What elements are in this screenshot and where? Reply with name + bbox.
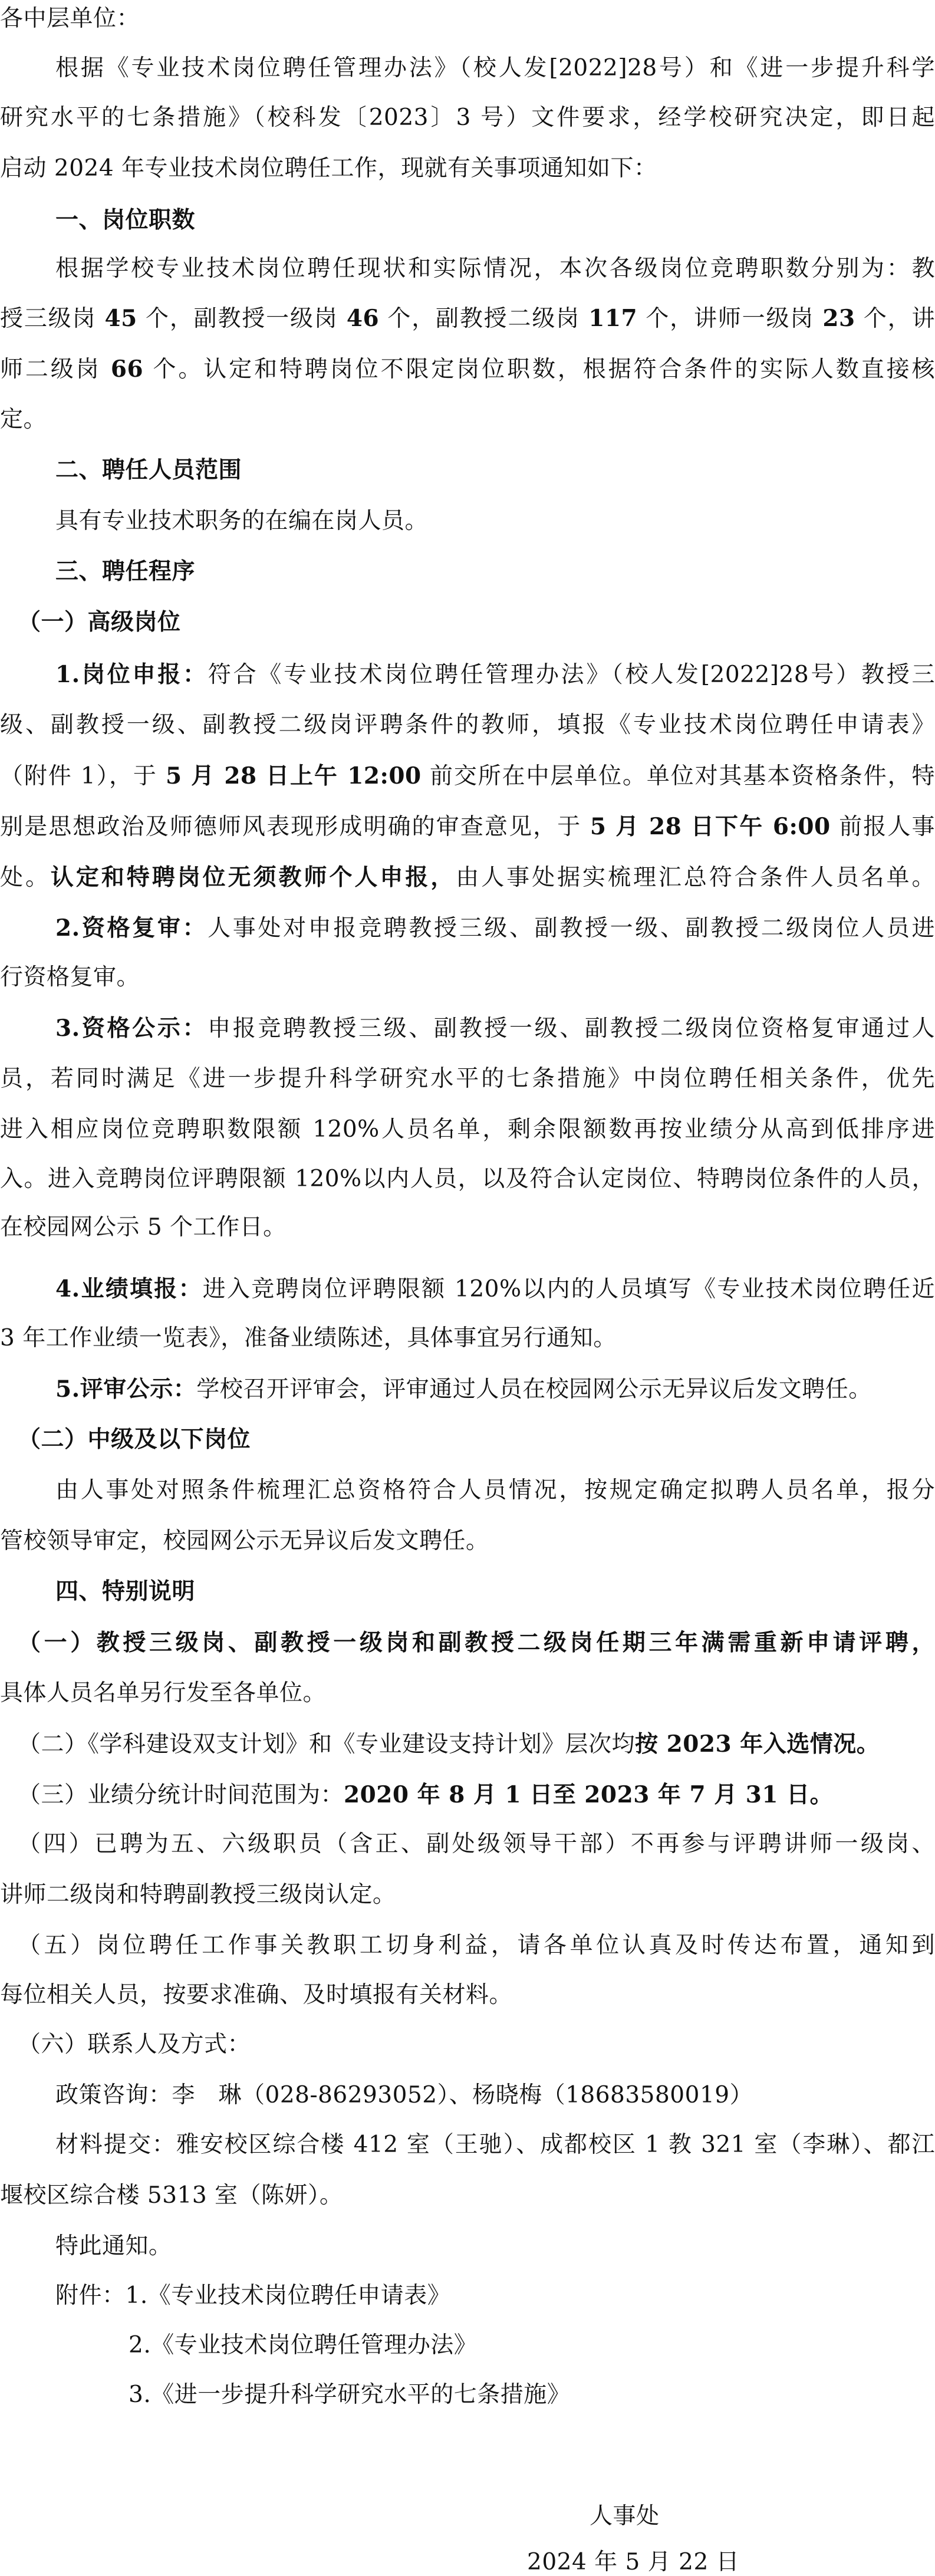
item4-line-2: 3 年工作业绩一览表》，准备业绩陈述，具体事宜另行通知。 [0,1322,935,1355]
deadline-unit: 5 月 28 日上午 12:00 [166,762,422,789]
item5-line-1: 5.评审公示：学校召开评审会，评审通过人员在校园网公示无异议后发文聘任。 [0,1373,935,1406]
contact-policy: 政策咨询：李 琳（028-86293052）、杨晓梅（18683580019） [0,2079,935,2112]
intro-line-2: 研究水平的七条措施》（校科发〔2023〕3 号）文件要求，经学校研究决定，即日起 [0,101,935,134]
salutation: 各中层单位： [0,2,935,35]
performance-period: 2020 年 8 月 1 日至 2023 年 7 月 31 日。 [344,1781,833,1808]
signature-date: 2024 年 5 月 22 日 [0,2546,935,2576]
section-heading-1: 一、岗位职数 [0,204,935,237]
deadline-hr: 5 月 28 日下午 6:00 [590,813,831,840]
attachment-1: 附件：1.《专业技术岗位聘任申请表》 [0,2279,935,2312]
note5-line-2: 每位相关人员，按要求准确、及时填报有关材料。 [0,1979,935,2012]
item3-line-5: 在校园网公示 5 个工作日。 [0,1211,935,1244]
attachment-2: 2.《专业技术岗位聘任管理办法》 [0,2329,935,2362]
intro-line-1: 根据《专业技术岗位聘任管理办法》（校人发[2022]28号）和《进一步提升科学 [0,52,935,85]
contact-materials-line-2: 堰校区综合楼 5313 室（陈妍）。 [0,2179,935,2212]
s1-line-2: 授三级岗 45 个，副教授一级岗 46 个，副教授二级岗 117 个，讲师一级岗… [0,302,935,335]
section-heading-3: 三、聘任程序 [0,555,935,588]
item1-line-1: 1.岗位申报：符合《专业技术岗位聘任管理办法》（校人发[2022]28号）教授三 [0,658,935,692]
contact-materials-line-1: 材料提交：雅安校区综合楼 412 室（王驰）、成都校区 1 教 321 室（李琳… [0,2128,935,2162]
item3-line-4: 入。进入竞聘岗位评聘限额 120%以内人员，以及符合认定岗位、特聘岗位条件的人员… [0,1163,935,1196]
note1-line-2: 具体人员名单另行发至各单位。 [0,1677,935,1710]
quota-lect-2: 66 [111,356,143,383]
note5-line-1: （五）岗位聘任工作事关教职工切身利益，请各单位认真及时传达布置，通知到 [0,1929,935,1962]
sub2-line-2: 管校领导审定，校园网公示无异议后发文聘任。 [0,1525,935,1558]
item1-line-2: 级、副教授一级、副教授二级岗评聘条件的教师，填报《专业技术岗位聘任申请表》 [0,709,935,742]
item1-line-3: （附件 1），于 5 月 28 日上午 12:00 前交所在中层单位。单位对其基… [0,759,935,793]
intro-line-3: 启动 2024 年专业技术岗位聘任工作，现就有关事项通知如下： [0,152,935,185]
quota-prof-3: 45 [105,305,137,332]
subsection-heading-senior: （一）高级岗位 [0,606,935,639]
s1-line-4: 定。 [0,403,935,436]
attachment-3: 3.《进一步提升科学研究水平的七条措施》 [0,2378,935,2411]
note1-line-1: （一）教授三级岗、副教授一级岗和副教授二级岗任期三年满需重新申请评聘， [0,1626,935,1659]
note4-line-2: 讲师二级岗和特聘副教授三级岗认定。 [0,1878,935,1912]
s2-line-1: 具有专业技术职务的在编在岗人员。 [0,505,935,538]
sub2-line-1: 由人事处对照条件梳理汇总资格符合人员情况，按规定确定拟聘人员名单，报分 [0,1474,935,1507]
quota-assoc-1: 46 [347,305,379,332]
s1-line-1: 根据学校专业技术岗位聘任现状和实际情况，本次各级岗位竞聘职数分别为：教 [0,252,935,285]
section-heading-2: 二、聘任人员范围 [0,454,935,487]
item1-line-4: 别是思想政治及师德师风表现形成明确的审查意见，于 5 月 28 日下午 6:00… [0,810,935,844]
note2: （二）《学科建设双支计划》和《专业建设支持计划》层次均按 2023 年入选情况。 [0,1728,935,1761]
item3-line-2: 员，若同时满足《进一步提升科学研究水平的七条措施》中岗位聘任相关条件，优先 [0,1062,935,1095]
item3-line-1: 3.资格公示：申报竞聘教授三级、副教授一级、副教授二级岗位资格复审通过人 [0,1012,935,1045]
section-heading-4: 四、特别说明 [0,1575,935,1608]
note6-heading: （六）联系人及方式： [0,2028,935,2061]
signature-org: 人事处 [0,2500,935,2533]
quota-lect-1: 23 [822,305,855,332]
subsection-heading-intermediate: （二）中级及以下岗位 [0,1423,935,1456]
item3-line-3: 进入相应岗位竞聘职数限额 120%人员名单，剩余限额数再按业绩分从高到低排序进 [0,1113,935,1146]
note3: （三）业绩分统计时间范围为：2020 年 8 月 1 日至 2023 年 7 月… [0,1778,935,1812]
item2-line-1: 2.资格复审：人事处对申报竞聘教授三级、副教授一级、副教授二级岗位人员进 [0,912,935,945]
closing-remark: 特此通知。 [0,2230,935,2263]
s1-line-3: 师二级岗 66 个。认定和特聘岗位不限定岗位职数，根据符合条件的实际人数直接核 [0,353,935,386]
item4-line-1: 4.业绩填报：进入竞聘岗位评聘限额 120%以内的人员填写《专业技术岗位聘任近 [0,1272,935,1306]
item1-line-5: 处。认定和特聘岗位无须教师个人申报，由人事处据实梳理汇总符合条件人员名单。 [0,861,935,894]
note4-line-1: （四）已聘为五、六级职员（含正、副处级领导干部）不再参与评聘讲师一级岗、 [0,1828,935,1861]
quota-assoc-2: 117 [588,305,637,332]
item2-line-2: 行资格复审。 [0,961,935,994]
